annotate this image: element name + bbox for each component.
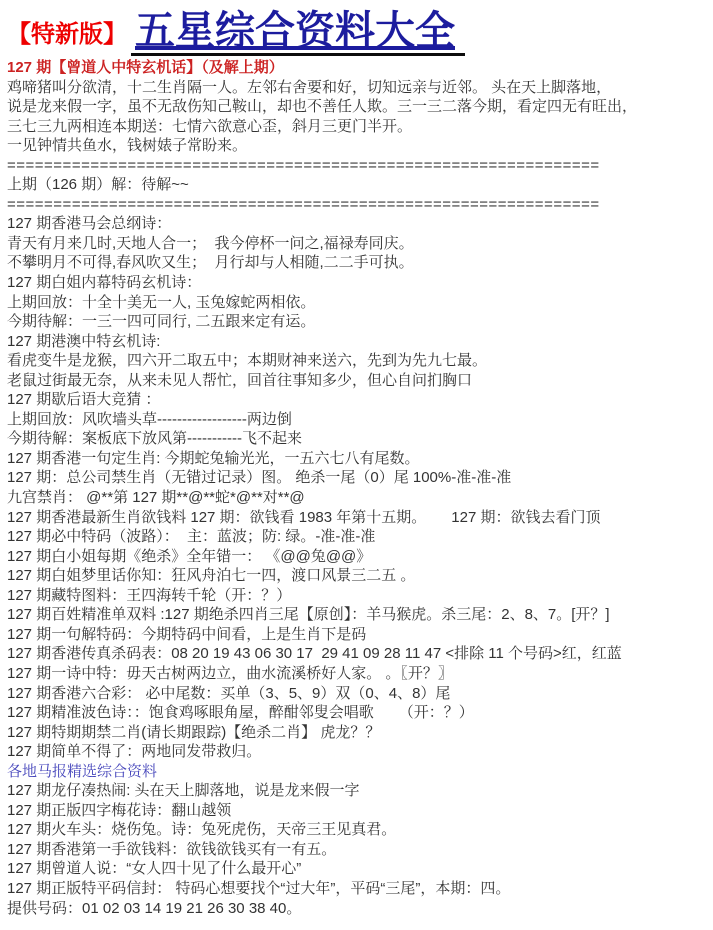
text-line: 上期回放：十全十美无一人, 玉兔嫁蛇两相依。 [7,293,713,313]
lottery-tips-page: 【特新版】 五星综合资料大全 127 期【曾道人中特玄机话】（及解上期）鸡啼猪叫… [0,0,713,918]
text-line: 127 期精准波色诗：：饱食鸡啄眼角屋，醉酣邻叟会唱歌 （开：？） [7,703,713,723]
text-line: 127 期香港六合彩： 必中尾数：买单（3、5、9）双（0、4、8）尾 [7,684,713,704]
text-line: 127 期龙仔凑热闹: 头在天上脚落地，说是龙来假一字 [7,781,713,801]
text-line: 今期待解：一三一四可同行, 二五跟来定有运。 [7,312,713,332]
text-line: 127 期歇后语大竞猜 ： [7,390,713,410]
text-line: 提供号码：01 02 03 14 19 21 26 30 38 40。 [7,899,713,919]
text-line: 一见钟情共鱼水，钱树婊子常盼来。 [7,136,713,156]
text-line: 127 期百姓精准单双料 :127 期绝杀四肖三尾【原创】：羊马猴虎。杀三尾：2… [7,605,713,625]
text-line: 127 期藏特图料：王四海转千轮（开：？） [7,586,713,606]
text-line: 今期待解：案板底下放风第-----------飞不起来 [7,429,713,449]
separator-line: ========================================… [7,156,713,176]
text-line: 127 期香港第一手欲钱料：欲钱欲钱买有一有五。 [7,840,713,860]
text-line: 不攀明月不可得,春风吹又生； 月行却与人相随,二二手可执。 [7,253,713,273]
text-line: 127 期白姐内幕特码玄机诗： [7,273,713,293]
text-line: 127 期香港最新生肖欲钱料 127 期：欲钱看 1983 年第十五期。 127… [7,508,713,528]
text-line: 鸡啼猪叫分欲清，十二生肖隔一人。左邻右舍要和好，切知远亲与近邻。 头在天上脚落地… [7,78,713,98]
text-line: 127 期：总公司禁生肖（无错过记录）图。 绝杀一尾（0）尾 100%-准-准-… [7,468,713,488]
text-line: 127 期香港传真杀码表：08 20 19 43 06 30 17 29 41 … [7,644,713,664]
text-line: 127 期正版四字梅花诗：翻山越领 [7,801,713,821]
text-line: 127 期特期期禁二肖(请长期跟踪)【绝杀二肖】 虎龙？？ [7,723,713,743]
text-line: 127 期曾道人说：“女人四十见了什么最开心” [7,859,713,879]
text-line: 127 期一句解特码：今期特码中间看，上是生肖下是码 [7,625,713,645]
text-line: 127 期港澳中特玄机诗: [7,332,713,352]
text-line: 127 期火车头：烧伤兔。诗：兔死虎伤，天帝三王见真君。 [7,820,713,840]
text-line: 各地马报精选综合资料 [7,762,713,782]
text-line: 127 期香港马会总纲诗： [7,214,713,234]
text-line: 上期回放：风吹墙头草------------------两边倒 [7,410,713,430]
edition-tag: 【特新版】 [7,14,131,56]
text-line: 127 期必中特码（波路）： 主：蓝波；防: 绿。-准-准-准 [7,527,713,547]
text-line: 上期（126 期）解：待解~~ [7,175,713,195]
page-title: 五星综合资料大全 [131,11,465,56]
text-line: 说是龙来假一字，虽不无敌伤知己鞍山，却也不善任人欺。三一三二落今期，看定四无有旺… [7,97,713,117]
separator-line: ========================================… [7,195,713,215]
text-line: 127 期香港一句定生肖: 今期蛇兔输光光，一五六七八有尾数。 [7,449,713,469]
text-line: 127 期白姐梦里话你知：狂风舟泊七一四，渡口风景三二五 。 [7,566,713,586]
content-lines: 127 期【曾道人中特玄机话】（及解上期）鸡啼猪叫分欲清，十二生肖隔一人。左邻右… [7,58,713,918]
page-header: 【特新版】 五星综合资料大全 [7,2,713,56]
text-line: 九宫禁肖： @**第 127 期**@**蛇*@**对**@ [7,488,713,508]
text-line: 三七三九两相连本期送：七情六欲意心歪，斜月三更门半开。 [7,117,713,137]
text-line: 青天有月来几时,天地人合一； 我今停杯一问之,福禄寿同庆。 [7,234,713,254]
text-line: 127 期【曾道人中特玄机话】（及解上期） [7,58,713,78]
text-line: 老鼠过街最无奈，从来未见人帮忙，回首往事知多少，但心自问扪胸口 [7,371,713,391]
text-line: 127 期白小姐每期《绝杀》全年错一： 《@@兔@@》 [7,547,713,567]
text-line: 127 期一诗中特：毋天古树两边立，曲水流溪桥好人家。 。〖开？〗 [7,664,713,684]
text-line: 127 期正版特平码信封： 特码心想要找个“过大年”，平码“三尾”，本期：四。 [7,879,713,899]
text-line: 看虎变牛是龙猴，四六开二取五中；本期财神来送六，先到为先九七最。 [7,351,713,371]
text-line: 127 期简单不得了：两地同发带救归。 [7,742,713,762]
